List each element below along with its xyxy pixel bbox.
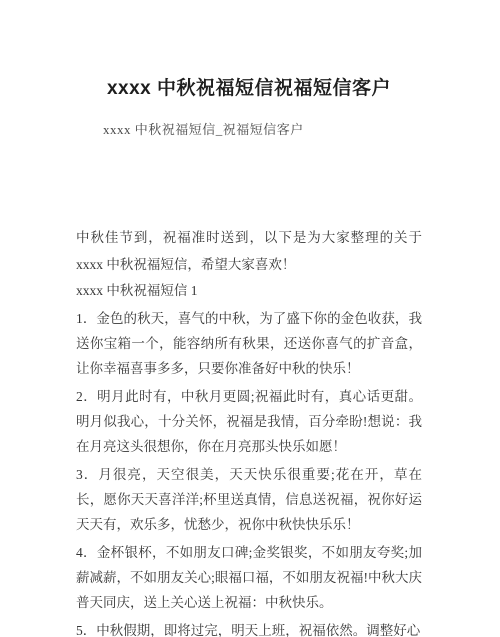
intro-paragraph: 中秋佳节到，祝福准时送到，以下是为大家整理的关于 xxxx 中秋祝福短信，希望大… [76, 224, 422, 278]
greeting-item-1: 1．金色的秋天，喜气的中秋，为了盛下你的金色收获，我送你宝箱一个，能容纳所有秋果… [76, 306, 422, 381]
greeting-item-3: 3．月很亮，天空很美，天天快乐很重要;花在开，草在长，愿你天天喜洋洋;杯里送真情… [76, 462, 422, 537]
document-page: xxxx 中秋祝福短信祝福短信客户 xxxx 中秋祝福短信_祝福短信客户 中秋佳… [0, 0, 500, 637]
page-subtitle: xxxx 中秋祝福短信_祝福短信客户 [103, 120, 422, 140]
page-title: xxxx 中秋祝福短信祝福短信客户 [76, 76, 422, 102]
greeting-item-5: 5．中秋假期，即将过完，明天上班，祝福依然。调整好心 [76, 618, 422, 637]
greeting-item-4: 4．金杯银杯，不如朋友口碑;金奖银奖，不如朋友夸奖;加薪减薪，不如朋友关心;眼福… [76, 540, 422, 615]
section-label: xxxx 中秋祝福短信 1 [76, 278, 422, 303]
greeting-item-2: 2．明月此时有，中秋月更圆;祝福此时有，真心话更甜。明月似我心，十分关怀，祝福是… [76, 384, 422, 459]
